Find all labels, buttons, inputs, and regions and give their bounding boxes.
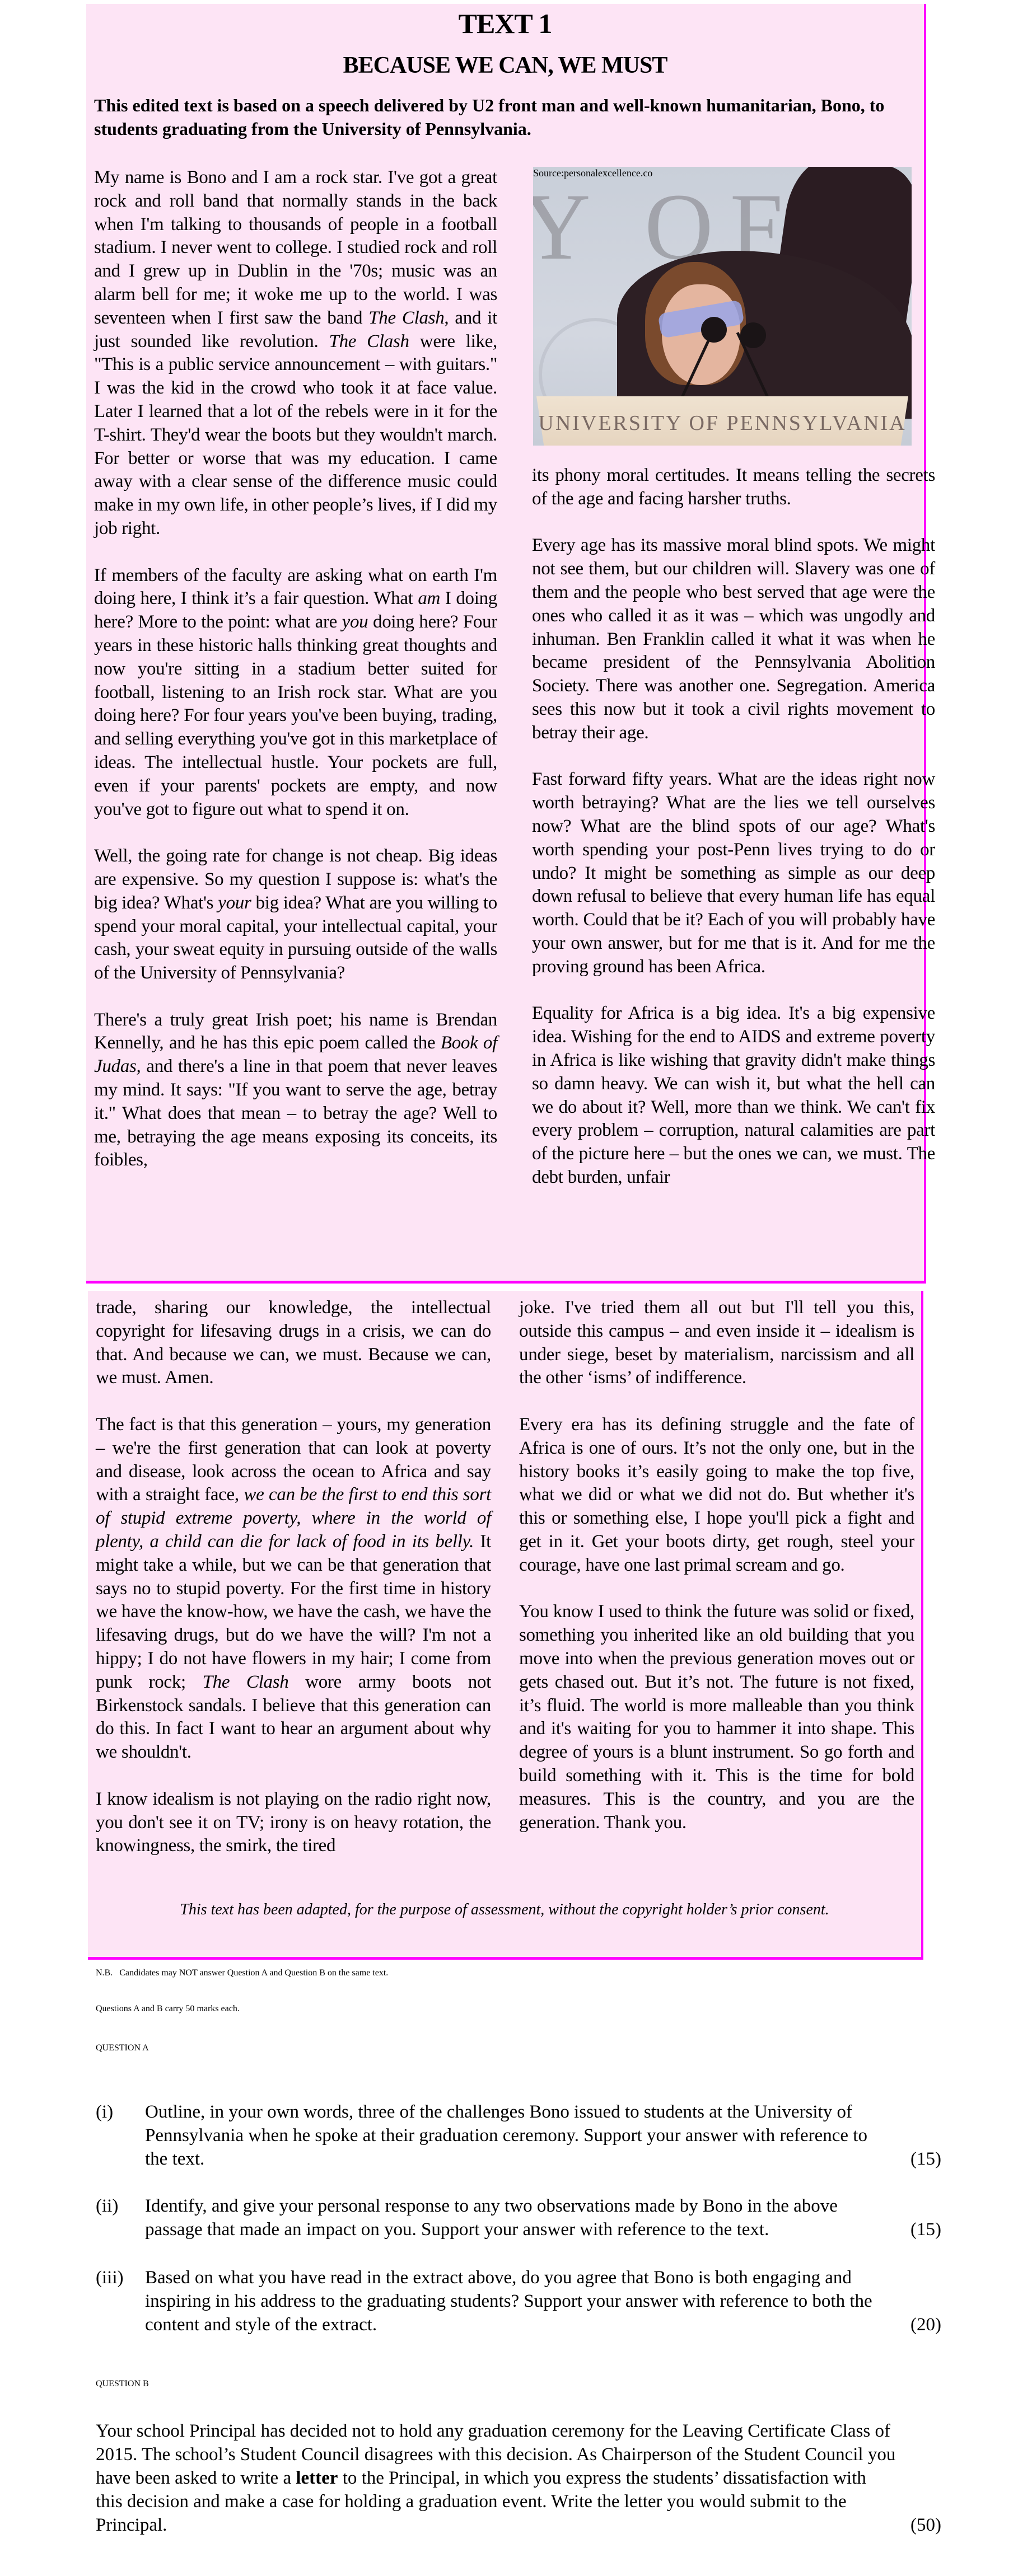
- box1-right-column: its phony moral certitudes. It means tel…: [532, 464, 935, 1189]
- text-title: TEXT 1: [86, 7, 924, 40]
- question-number: (iii): [96, 2266, 123, 2289]
- podium-text: UNIVERSITY OF PENNSYLVANIA: [533, 411, 912, 435]
- question-b-heading: QUESTION B: [96, 2379, 936, 2389]
- marks-note: Questions A and B carry 50 marks each.: [96, 2004, 936, 2014]
- paragraph: trade, sharing our knowledge, the intell…: [96, 1296, 491, 1390]
- copyright-disclaimer: This text has been adapted, for the purp…: [88, 1901, 921, 1919]
- box2-left-column: trade, sharing our knowledge, the intell…: [96, 1296, 491, 1858]
- microphone-icon: [701, 317, 727, 343]
- paragraph: joke. I've tried them all out but I'll t…: [519, 1296, 914, 1390]
- box1-left-column: My name is Bono and I am a rock star. I'…: [94, 166, 497, 1172]
- intro-text: This edited text is based on a speech de…: [94, 93, 917, 140]
- question-marks: (15): [910, 2218, 941, 2241]
- photo-source-credit: Source:personalexcellence.co: [533, 167, 652, 179]
- paragraph: Fast forward fifty years. What are the i…: [532, 768, 935, 978]
- paragraph: Equality for Africa is a big idea. It's …: [532, 1002, 935, 1189]
- nb-instruction: N.B. Candidates may NOT answer Question …: [96, 1968, 936, 1978]
- paragraph: If members of the faculty are asking wha…: [94, 564, 497, 822]
- paragraph: Every era has its defining struggle and …: [519, 1413, 914, 1577]
- question-number: (i): [96, 2100, 113, 2124]
- question-marks: (20): [910, 2313, 941, 2336]
- paragraph: The fact is that this generation – yours…: [96, 1413, 491, 1764]
- paragraph: Every age has its massive moral blind sp…: [532, 534, 935, 744]
- text-1-panel-part-1: TEXT 1 BECAUSE WE CAN, WE MUST This edit…: [86, 4, 926, 1284]
- box2-right-column: joke. I've tried them all out but I'll t…: [519, 1296, 914, 1834]
- bono-photo: Y OF P UNIVERSITY OF PENNSYLVANIA Source…: [533, 167, 912, 446]
- paragraph: There's a truly great Irish poet; his na…: [94, 1009, 497, 1173]
- question-marks: (50): [910, 2513, 941, 2537]
- paragraph: I know idealism is not playing on the ra…: [96, 1788, 491, 1858]
- paragraph: Well, the going rate for change is not c…: [94, 845, 497, 985]
- question-text: Your school Principal has decided not to…: [96, 2419, 896, 2537]
- paragraph: its phony moral certitudes. It means tel…: [532, 464, 935, 511]
- question-number: (ii): [96, 2194, 118, 2218]
- question-text: Identify, and give your personal respons…: [145, 2194, 884, 2241]
- microphone-icon: [740, 322, 766, 348]
- question-text: Based on what you have read in the extra…: [145, 2266, 895, 2336]
- paragraph: My name is Bono and I am a rock star. I'…: [94, 166, 497, 541]
- question-a-heading: QUESTION A: [96, 2043, 936, 2053]
- speech-title: BECAUSE WE CAN, WE MUST: [86, 52, 924, 79]
- text-1-panel-part-2: trade, sharing our knowledge, the intell…: [88, 1291, 923, 1960]
- paragraph: You know I used to think the future was …: [519, 1600, 914, 1834]
- question-marks: (15): [910, 2147, 941, 2171]
- question-text: Outline, in your own words, three of the…: [145, 2100, 884, 2171]
